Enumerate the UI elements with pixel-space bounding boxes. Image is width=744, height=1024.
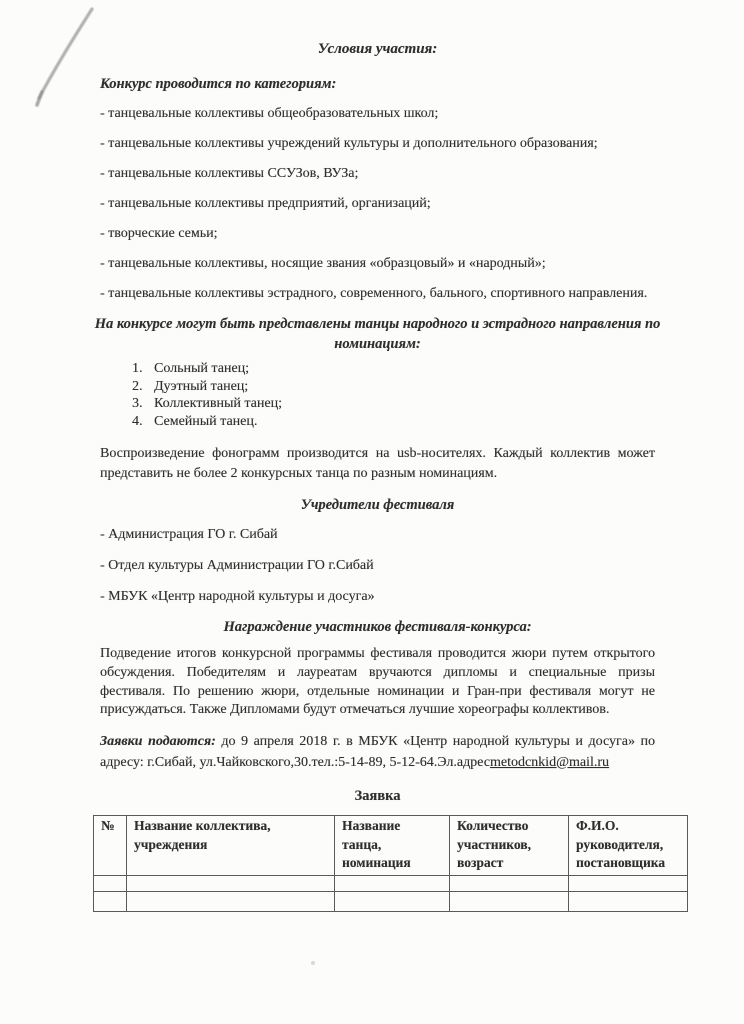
list-number: 4. xyxy=(132,413,154,431)
table-cell xyxy=(335,875,450,891)
scan-speck xyxy=(311,961,315,965)
scanned-document-page: Условия участия: Конкурс проводится по к… xyxy=(0,0,744,1024)
table-header-director: Ф.И.О. руководителя, постановщика xyxy=(569,816,688,876)
table-cell xyxy=(94,875,127,891)
nomination-label: Коллективный танец; xyxy=(154,396,282,411)
table-cell xyxy=(569,891,688,911)
category-item: - танцевальные коллективы общеобразовате… xyxy=(100,104,655,123)
table-cell xyxy=(450,891,569,911)
category-item: - танцевальные коллективы эстрадного, со… xyxy=(100,284,655,303)
list-number: 2. xyxy=(132,378,154,396)
table-cell xyxy=(127,875,335,891)
table-cell xyxy=(335,891,450,911)
table-cell xyxy=(127,891,335,911)
category-item: - танцевальные коллективы учреждений кул… xyxy=(100,134,655,153)
table-header-dance: Название танца, номинация xyxy=(335,816,450,876)
nominations-list: 1.Сольный танец; 2.Дуэтный танец; 3.Колл… xyxy=(132,360,655,430)
founder-item: - МБУК «Центр народной культуры и досуга… xyxy=(100,587,655,606)
application-label: Заявки подаются: xyxy=(100,734,216,749)
nomination-label: Сольный танец; xyxy=(154,361,249,376)
nominations-heading: На конкурсе могут быть представлены танц… xyxy=(94,314,661,354)
founder-item: - Отдел культуры Администрации ГО г.Сиба… xyxy=(100,556,655,575)
scan-crease-mark xyxy=(12,2,104,114)
founder-item: - Администрация ГО г. Сибай xyxy=(100,525,655,544)
table-cell xyxy=(94,891,127,911)
phonogram-note: Воспроизведение фонограмм производится н… xyxy=(100,444,655,484)
table-header-number: № xyxy=(94,816,127,876)
application-paragraph: Заявки подаются: до 9 апреля 2018 г. в М… xyxy=(100,732,655,773)
document-content: Условия участия: Конкурс проводится по к… xyxy=(100,40,655,912)
table-cell xyxy=(450,875,569,891)
categories-heading: Конкурс проводится по категориям: xyxy=(100,75,655,94)
nomination-item: 1.Сольный танец; xyxy=(132,360,655,378)
table-row xyxy=(94,891,688,911)
list-number: 3. xyxy=(132,395,154,413)
list-number: 1. xyxy=(132,360,154,378)
table-header-row: № Название коллектива, учреждения Назван… xyxy=(94,816,688,876)
nomination-label: Дуэтный танец; xyxy=(154,379,248,394)
email-link: metodcnkid@mail.ru xyxy=(490,755,609,770)
nomination-item: 3.Коллективный танец; xyxy=(132,395,655,413)
table-header-collective: Название коллектива, учреждения xyxy=(127,816,335,876)
nomination-item: 2.Дуэтный танец; xyxy=(132,378,655,396)
nomination-item: 4.Семейный танец. xyxy=(132,413,655,431)
category-item: - танцевальные коллективы, носящие звани… xyxy=(100,254,655,273)
table-header-participants: Количество участников, возраст xyxy=(450,816,569,876)
category-item: - танцевальные коллективы предприятий, о… xyxy=(100,194,655,213)
category-item: - творческие семьи; xyxy=(100,224,655,243)
awards-heading: Награждение участников фестиваля-конкурс… xyxy=(100,618,655,637)
founders-heading: Учредители фестиваля xyxy=(100,496,655,515)
table-row xyxy=(94,875,688,891)
application-table: № Название коллектива, учреждения Назван… xyxy=(93,815,688,912)
nomination-label: Семейный танец. xyxy=(154,414,257,429)
awards-paragraph: Подведение итогов конкурсной программы ф… xyxy=(100,645,655,720)
form-heading: Заявка xyxy=(100,787,655,806)
category-item: - танцевальные коллективы ССУЗов, ВУЗа; xyxy=(100,164,655,183)
table-cell xyxy=(569,875,688,891)
page-title: Условия участия: xyxy=(100,40,655,59)
